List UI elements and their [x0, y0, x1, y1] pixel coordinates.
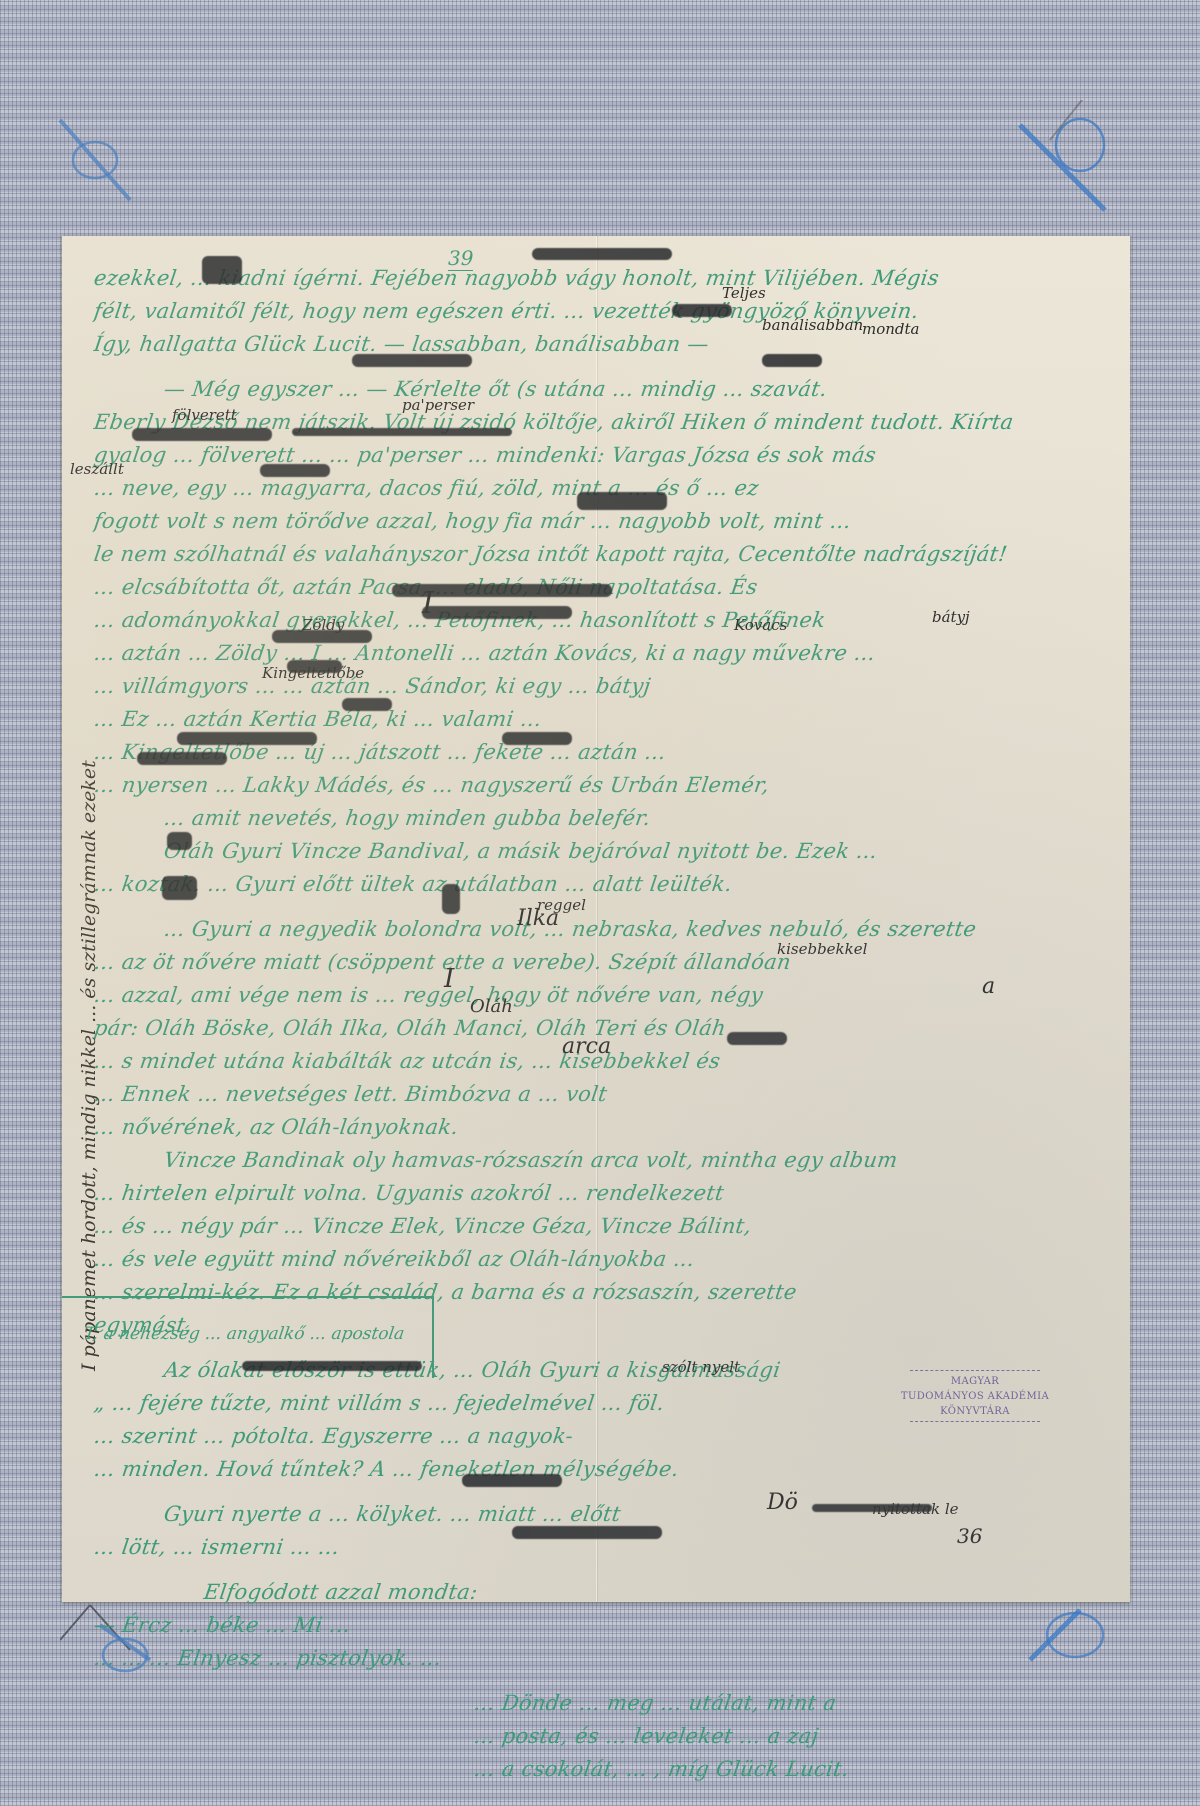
pencil-strikethrough — [672, 304, 732, 317]
text-line: ... Dönde ... meg ... utálat, mint a — [92, 1687, 1107, 1720]
pencil-strikethrough — [167, 832, 192, 850]
pencil-annotation: I — [444, 964, 454, 994]
manuscript-text: ezekkel, ... kiadni ígérni. Fejében nagy… — [94, 262, 1104, 1786]
text-line: ... nővérének, az Oláh-lányoknak. — [92, 1111, 1107, 1144]
text-line: ... az öt nővére miatt (csöppent ette a … — [92, 946, 1107, 979]
text-line: gyalog ... fölverett ... ... pa'perser .… — [92, 439, 1107, 472]
text-line: ... Ennek ... nevetséges lett. Bimbózva … — [92, 1078, 1107, 1111]
text-line: — Ércz ... béke ... Mi ... — [92, 1609, 1107, 1642]
pencil-strikethrough — [532, 248, 672, 260]
text-line: ... koztak. ... Gyuri előtt ültek az utá… — [92, 868, 1107, 901]
pencil-strikethrough — [292, 428, 512, 436]
pencil-annotation: Oláh — [470, 996, 513, 1017]
pencil-strikethrough — [577, 492, 667, 510]
pencil-strikethrough — [512, 1526, 662, 1539]
text-line: ... amit nevetés, hogy minden gubba bele… — [92, 802, 1107, 835]
text-line: ... minden. Hová tűntek? A ... feneketle… — [92, 1453, 1107, 1486]
pencil-annotation: a — [982, 974, 995, 999]
corner-mark-top-right-icon — [1010, 100, 1130, 220]
pencil-strikethrough — [162, 876, 197, 900]
text-line: ... nyersen ... Lakky Mádés, és ... nagy… — [92, 769, 1107, 802]
pencil-annotation: nyitottak le — [872, 1500, 959, 1518]
pencil-annotation: leszállt — [70, 460, 124, 478]
pencil-annotation: Ilka — [517, 906, 559, 931]
pencil-strikethrough — [762, 354, 822, 367]
text-line: ... hirtelen elpirult volna. Ugyanis azo… — [92, 1177, 1107, 1210]
pencil-annotation: Kingeltetlőbe — [262, 664, 364, 682]
pencil-strikethrough — [202, 256, 242, 284]
pencil-annotation: arca — [562, 1034, 611, 1059]
pencil-strikethrough — [177, 732, 317, 745]
text-line: ... posta, és ... leveleket ... a zaj — [92, 1720, 1107, 1753]
pencil-annotation: 36 — [957, 1524, 982, 1548]
pencil-annotation: bátyj — [932, 608, 970, 626]
pencil-strikethrough — [260, 464, 330, 477]
text-line: Elfogódott azzal mondta: — [92, 1576, 1107, 1609]
text-line: ... aztán ... Zöldy ... I ... Antonelli … — [92, 637, 1107, 670]
text-line: ezekkel, ... kiadni ígérni. Fejében nagy… — [92, 262, 1107, 295]
pencil-annotation: Zöldy — [302, 616, 344, 634]
text-line: — Még egyszer ... — Kérlelte őt (s utána… — [92, 373, 1107, 406]
pencil-annotation: Kovács — [734, 616, 787, 634]
text-line: Oláh Gyuri Vincze Bandival, a másik bejá… — [92, 835, 1107, 868]
boxed-note: T, a nehézség ... angyalkő ... apostola — [83, 1324, 406, 1344]
pencil-strikethrough — [342, 698, 392, 711]
pencil-strikethrough — [422, 606, 572, 619]
pencil-annotation: Teljes — [722, 284, 766, 302]
pencil-annotation: banálisabban — [762, 316, 863, 334]
pencil-strikethrough — [727, 1032, 787, 1045]
stamp-line: KÖNYVTÁRA — [900, 1404, 1050, 1419]
text-line: ... a csokolát, ... , míg Glück Lucit. — [92, 1753, 1107, 1786]
pencil-annotation: I — [422, 586, 434, 621]
text-line: ... és ... négy pár ... Vincze Elek, Vin… — [92, 1210, 1107, 1243]
pencil-annotation: szólt nyelt — [662, 1358, 740, 1376]
pencil-strikethrough — [132, 428, 272, 441]
pencil-annotation: kisebbekkel — [777, 940, 867, 958]
pencil-strikethrough — [462, 1474, 562, 1487]
text-line: félt, valamitől félt, hogy nem egészen é… — [92, 295, 1107, 328]
text-line: Vincze Bandinak oly hamvas-rózsaszín arc… — [92, 1144, 1107, 1177]
pencil-strikethrough — [502, 732, 572, 745]
pencil-annotation: fölverett — [172, 406, 237, 424]
text-line: ... szerint ... pótolta. Egyszerre ... a… — [92, 1420, 1107, 1453]
text-line: ... azzal, ami vége nem is ... reggel, h… — [92, 979, 1107, 1012]
text-line: le nem szólhatnál és valahányszor Józsa … — [92, 538, 1107, 571]
pencil-strikethrough — [442, 884, 460, 914]
left-margin-note: I pápanemet hordott, mindig nikkel ... é… — [78, 760, 100, 1371]
stamp-line: TUDOMÁNYOS AKADÉMIA — [900, 1389, 1050, 1404]
pencil-strikethrough — [137, 752, 227, 765]
pencil-annotation: pa'perser — [402, 396, 474, 414]
corner-mark-top-left-icon — [40, 100, 160, 220]
pencil-annotation: mondta — [862, 320, 920, 338]
text-line: ... Gyuri a negyedik bolondra volt, ... … — [92, 913, 1107, 946]
text-line: Így, hallgatta Glück Lucit. — lassabban,… — [92, 328, 1107, 361]
stamp-line: MAGYAR — [900, 1374, 1050, 1389]
text-line: ... ... ... Elnyesz ... pisztolyok. ... — [92, 1642, 1107, 1675]
manuscript-page: 39 ezekkel, ... kiadni ígérni. Fejében n… — [62, 236, 1130, 1602]
library-stamp: MAGYAR TUDOMÁNYOS AKADÉMIA KÖNYVTÁRA — [900, 1374, 1050, 1419]
text-line: ... villámgyors ... ... aztán ... Sándor… — [92, 670, 1107, 703]
pencil-strikethrough — [352, 354, 472, 367]
pencil-annotation: Dö — [767, 1490, 798, 1515]
text-line: ... és vele együtt mind nővéreikből az O… — [92, 1243, 1107, 1276]
